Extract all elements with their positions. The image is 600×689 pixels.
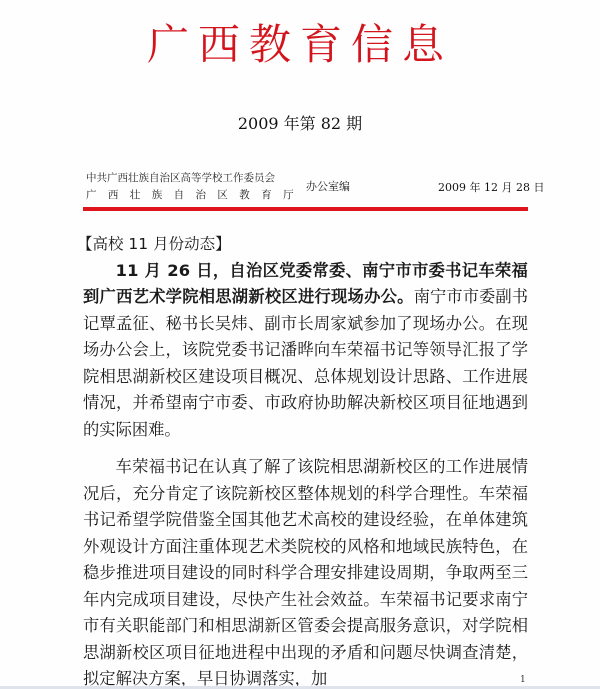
header-divider-rule <box>83 207 528 211</box>
page-number: 1 <box>520 675 526 685</box>
paragraph: 车荣福书记在认真了解了该院相思湖新校区的工作进展情况后，充分肯定了该院新校区整体… <box>83 454 528 689</box>
issuer-block: 中共广西壮族自治区高等学校工作委员会 广西壮族自治区教育厅 <box>86 170 305 204</box>
paragraph-body: 南宁市市委副书记覃孟征、秘书长吴炜、副市长周家斌参加了现场办公。在现场办公会上，… <box>83 287 528 439</box>
issuer-office: 办公室编 <box>306 178 350 195</box>
paragraph: 11 月 26 日，自治区党委常委、南宁市市委书记车荣福到广西艺术学院相思湖新校… <box>83 258 528 444</box>
masthead-title: 广西教育信息 <box>0 20 600 70</box>
article-content: 【高校 11 月份动态】 11 月 26 日，自治区党委常委、南宁市市委书记车荣… <box>83 231 528 689</box>
document-page: 广西教育信息 2009 年第 82 期 中共广西壮族自治区高等学校工作委员会 广… <box>0 0 600 686</box>
issue-number: 2009 年第 82 期 <box>0 114 600 134</box>
issue-date: 2009 年 12 月 28 日 <box>438 179 544 196</box>
issuer-line-department: 广西壮族自治区教育厅 <box>86 187 305 204</box>
issuer-line-committee: 中共广西壮族自治区高等学校工作委员会 <box>86 170 305 187</box>
section-heading: 【高校 11 月份动态】 <box>77 231 528 258</box>
paragraph-body: 车荣福书记在认真了解了该院相思湖新校区的工作进展情况后，充分肯定了该院新校区整体… <box>83 457 528 688</box>
